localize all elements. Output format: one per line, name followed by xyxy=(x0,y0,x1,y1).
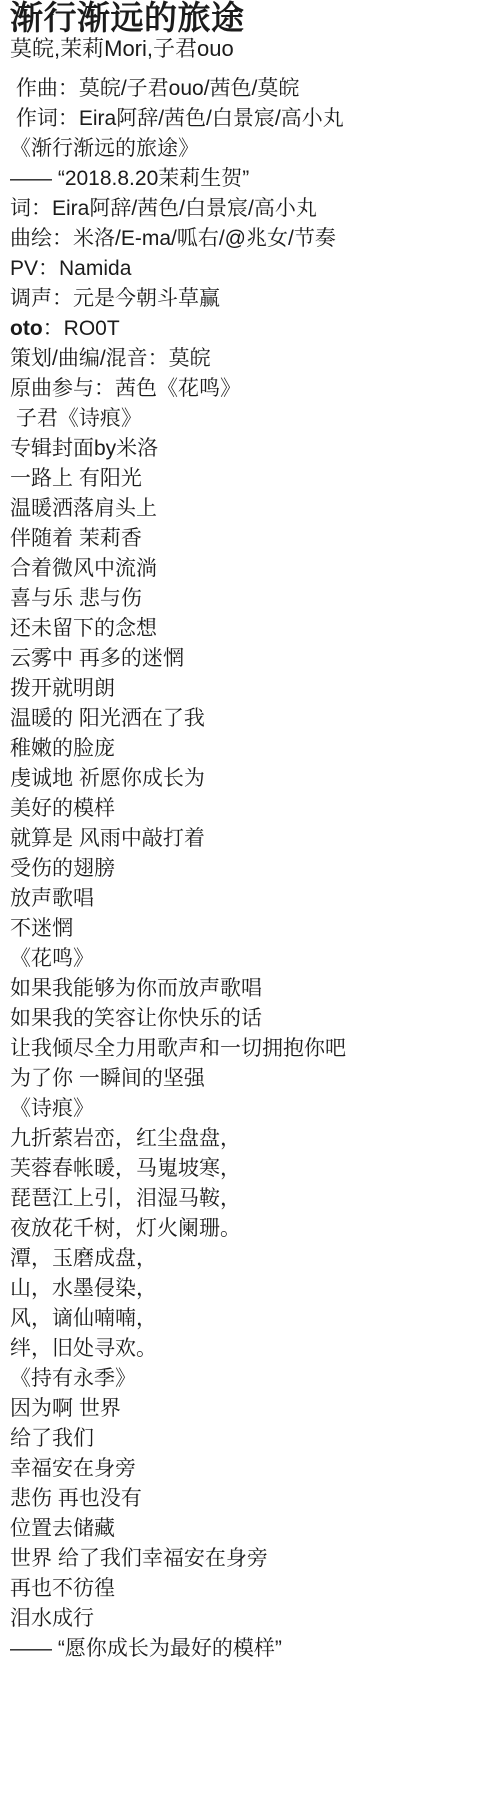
lyric-line: 再也不彷徨 xyxy=(10,1574,488,1604)
lyric-line-segment: PV：Namida xyxy=(10,257,131,280)
lyric-line-segment: 喜与乐 悲与伤 xyxy=(10,587,142,610)
lyric-line: 稚嫩的脸庞 xyxy=(10,734,488,764)
lyric-line-segment: 温暖洒落肩头上 xyxy=(10,497,157,520)
lyric-line-segment: 放声歌唱 xyxy=(10,887,94,910)
lyric-line-segment: 不迷惘 xyxy=(10,917,73,940)
lyric-line-segment: 再也不彷徨 xyxy=(10,1577,115,1600)
lyric-line: 温暖洒落肩头上 xyxy=(10,494,488,524)
lyric-line: 《花鸣》 xyxy=(10,944,488,974)
lyric-line-segment: 《花鸣》 xyxy=(10,947,94,970)
lyric-line-segment: 如果我能够为你而放声歌唱 xyxy=(10,977,262,1000)
lyric-line: 世界 给了我们幸福安在身旁 xyxy=(10,1544,488,1574)
lyric-line-segment: —— “2018.8.20茉莉生贺” xyxy=(10,167,249,190)
artist-names: 莫皖,茉莉Mori,子君ouo xyxy=(10,36,488,62)
lyric-line: 曲绘：米洛/E-ma/呱右/@兆女/节奏 xyxy=(10,224,488,254)
lyric-line-segment: 美好的模样 xyxy=(10,797,115,820)
lyric-line: 风，谪仙喃喃， xyxy=(10,1304,488,1334)
lyric-line-segment: 九折萦岩峦，红尘盘盘， xyxy=(10,1127,241,1150)
lyric-line: 子君《诗痕》 xyxy=(10,404,488,434)
lyric-line: 伴随着 茉莉香 xyxy=(10,524,488,554)
lyric-line: 云雾中 再多的迷惘 xyxy=(10,644,488,674)
lyric-line: 不迷惘 xyxy=(10,914,488,944)
lyric-line-segment: 潭，玉磨成盘， xyxy=(10,1247,157,1270)
lyric-line-segment: —— “愿你成长为最好的模样” xyxy=(10,1637,282,1660)
lyric-line: 夜放花千树，灯火阑珊。 xyxy=(10,1214,488,1244)
lyric-line-segment: 一路上 有阳光 xyxy=(10,467,142,490)
lyric-line: 为了你 一瞬间的坚强 xyxy=(10,1064,488,1094)
lyric-line-segment: 《渐行渐远的旅途》 xyxy=(10,137,199,160)
lyric-line: 一路上 有阳光 xyxy=(10,464,488,494)
lyric-line-segment: 绊，旧处寻欢。 xyxy=(10,1337,157,1360)
lyric-line-segment: 伴随着 茉莉香 xyxy=(10,527,142,550)
lyric-line-segment: 受伤的翅膀 xyxy=(10,857,115,880)
lyric-line: 悲伤 再也没有 xyxy=(10,1484,488,1514)
lyric-line-segment: 策划/曲编/混音：莫皖 xyxy=(10,347,211,370)
lyric-line: 《渐行渐远的旅途》 xyxy=(10,134,488,164)
lyric-line-segment: 曲绘：米洛/E-ma/呱右/@兆女/节奏 xyxy=(10,227,336,250)
lyric-line-segment: ：RO0T xyxy=(43,317,120,340)
lyric-line-segment: 夜放花千树，灯火阑珊。 xyxy=(10,1217,241,1240)
lyric-line-segment: 子君《诗痕》 xyxy=(10,407,142,430)
lyric-line-segment: 因为啊 世界 xyxy=(10,1397,121,1420)
lyric-line: 拨开就明朗 xyxy=(10,674,488,704)
lyric-line-segment: 词：Eira阿辞/茜色/白景宸/高小丸 xyxy=(10,197,317,220)
lyric-line-segment: 原曲参与：茜色《花鸣》 xyxy=(10,377,241,400)
lyric-line-segment: 琵琶江上引，泪湿马鞍， xyxy=(10,1187,241,1210)
lyric-line-segment: 就算是 风雨中敲打着 xyxy=(10,827,205,850)
lyric-line-segment: 世界 给了我们幸福安在身旁 xyxy=(10,1547,268,1570)
lyric-line-segment: 如果我的笑容让你快乐的话 xyxy=(10,1007,262,1030)
lyric-line-segment: 山，水墨侵染， xyxy=(10,1277,157,1300)
lyric-line: 幸福安在身旁 xyxy=(10,1454,488,1484)
lyric-line-segment: 调声：元是今朝斗草赢 xyxy=(10,287,220,310)
lyric-line-segment: 幸福安在身旁 xyxy=(10,1457,136,1480)
lyric-line: 泪水成行 xyxy=(10,1604,488,1634)
lyric-line: 策划/曲编/混音：莫皖 xyxy=(10,344,488,374)
lyric-line-bold-segment: oto xyxy=(10,317,43,340)
lyric-line: 位置去储藏 xyxy=(10,1514,488,1544)
lyrics-content: 作曲：莫皖/子君ouo/茜色/莫皖 作词：Eira阿辞/茜色/白景宸/高小丸《渐… xyxy=(10,74,488,1664)
lyric-line: 芙蓉春帐暖，马嵬坡寒， xyxy=(10,1154,488,1184)
lyric-line-segment: 让我倾尽全力用歌声和一切拥抱你吧 xyxy=(10,1037,346,1060)
lyric-line: 山，水墨侵染， xyxy=(10,1274,488,1304)
lyric-line: 如果我的笑容让你快乐的话 xyxy=(10,1004,488,1034)
lyric-line: 还未留下的念想 xyxy=(10,614,488,644)
lyric-line-segment: 风，谪仙喃喃， xyxy=(10,1307,157,1330)
lyric-line-segment: 作曲：莫皖/子君ouo/茜色/莫皖 xyxy=(10,77,299,100)
lyric-line: PV：Namida xyxy=(10,254,488,284)
lyric-line: 绊，旧处寻欢。 xyxy=(10,1334,488,1364)
lyric-line: 受伤的翅膀 xyxy=(10,854,488,884)
lyric-line-segment: 泪水成行 xyxy=(10,1607,94,1630)
lyric-line: 温暖的 阳光洒在了我 xyxy=(10,704,488,734)
lyric-line: 《诗痕》 xyxy=(10,1094,488,1124)
lyrics-page: 渐行渐远的旅途 莫皖,茉莉Mori,子君ouo 作曲：莫皖/子君ouo/茜色/莫… xyxy=(0,0,500,1810)
lyric-line: 如果我能够为你而放声歌唱 xyxy=(10,974,488,1004)
lyric-line: 专辑封面by米洛 xyxy=(10,434,488,464)
lyric-line-segment: 芙蓉春帐暖，马嵬坡寒， xyxy=(10,1157,241,1180)
lyric-line: 琵琶江上引，泪湿马鞍， xyxy=(10,1184,488,1214)
lyric-line-segment: 给了我们 xyxy=(10,1427,94,1450)
lyric-line: 调声：元是今朝斗草赢 xyxy=(10,284,488,314)
lyric-line: 给了我们 xyxy=(10,1424,488,1454)
lyric-line: oto：RO0T xyxy=(10,314,488,344)
lyric-line: 就算是 风雨中敲打着 xyxy=(10,824,488,854)
lyric-line: 作曲：莫皖/子君ouo/茜色/莫皖 xyxy=(10,74,488,104)
lyric-line: 喜与乐 悲与伤 xyxy=(10,584,488,614)
lyric-line: 虔诚地 祈愿你成长为 xyxy=(10,764,488,794)
song-title: 渐行渐远的旅途 xyxy=(10,0,488,36)
lyric-line-segment: 悲伤 再也没有 xyxy=(10,1487,142,1510)
lyric-line-segment: 位置去储藏 xyxy=(10,1517,115,1540)
lyric-line-segment: 虔诚地 祈愿你成长为 xyxy=(10,767,205,790)
lyric-line: 词：Eira阿辞/茜色/白景宸/高小丸 xyxy=(10,194,488,224)
lyric-line: —— “2018.8.20茉莉生贺” xyxy=(10,164,488,194)
lyric-line-segment: 作词：Eira阿辞/茜色/白景宸/高小丸 xyxy=(10,107,344,130)
lyric-line: —— “愿你成长为最好的模样” xyxy=(10,1634,488,1664)
lyric-line: 让我倾尽全力用歌声和一切拥抱你吧 xyxy=(10,1034,488,1064)
lyric-line: 因为啊 世界 xyxy=(10,1394,488,1424)
lyric-line-segment: 温暖的 阳光洒在了我 xyxy=(10,707,205,730)
lyric-line: 九折萦岩峦，红尘盘盘， xyxy=(10,1124,488,1154)
lyric-line: 美好的模样 xyxy=(10,794,488,824)
lyric-line: 作词：Eira阿辞/茜色/白景宸/高小丸 xyxy=(10,104,488,134)
lyric-line: 合着微风中流淌 xyxy=(10,554,488,584)
lyric-line-segment: 还未留下的念想 xyxy=(10,617,157,640)
lyric-line-segment: 专辑封面by米洛 xyxy=(10,437,158,460)
lyric-line-segment: 稚嫩的脸庞 xyxy=(10,737,115,760)
lyric-line-segment: 云雾中 再多的迷惘 xyxy=(10,647,184,670)
lyric-line: 《持有永季》 xyxy=(10,1364,488,1394)
lyric-line: 原曲参与：茜色《花鸣》 xyxy=(10,374,488,404)
lyric-line-segment: 为了你 一瞬间的坚强 xyxy=(10,1067,205,1090)
lyric-line-segment: 合着微风中流淌 xyxy=(10,557,157,580)
lyric-line-segment: 《持有永季》 xyxy=(10,1367,136,1390)
lyric-line-segment: 拨开就明朗 xyxy=(10,677,115,700)
lyric-line-segment: 《诗痕》 xyxy=(10,1097,94,1120)
lyric-line: 放声歌唱 xyxy=(10,884,488,914)
lyric-line: 潭，玉磨成盘， xyxy=(10,1244,488,1274)
